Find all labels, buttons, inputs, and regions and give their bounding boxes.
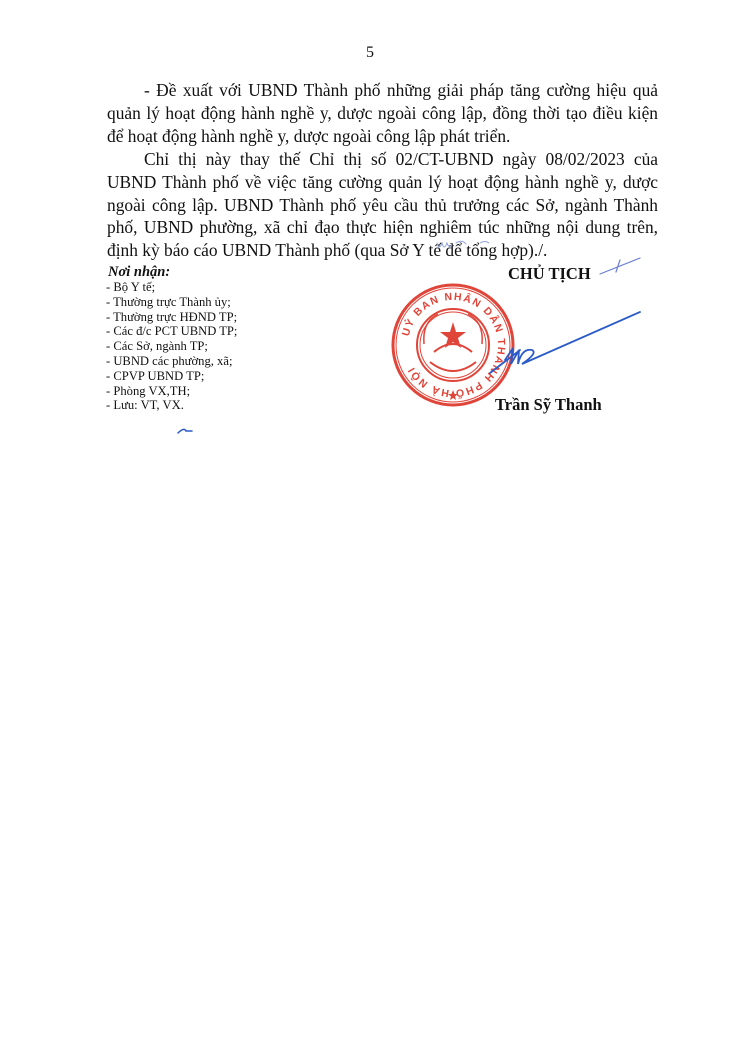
recipient-item: - UBND các phường, xã; xyxy=(106,354,237,369)
recipient-item: - Các Sở, ngành TP; xyxy=(106,339,237,354)
recipient-item: - Các đ/c PCT UBND TP; xyxy=(106,324,237,339)
paragraph-directive-replacement: Chỉ thị này thay thế Chỉ thị số 02/CT-UB… xyxy=(107,148,658,263)
recipient-item: - Phòng VX,TH; xyxy=(106,384,237,399)
recipient-item: - CPVP UBND TP; xyxy=(106,369,237,384)
official-seal-icon: UỶ BAN NHÂN DÂN THÀNH PHỐ HÀ NỘI xyxy=(390,282,516,408)
paragraph-proposal: - Đề xuất với UBND Thành phố những giải … xyxy=(107,79,658,148)
recipient-item: - Thường trực Thành ủy; xyxy=(106,295,237,310)
recipient-item: - Lưu: VT, VX. xyxy=(106,398,237,413)
page-number: 5 xyxy=(0,44,740,62)
signer-title: CHỦ TỊCH xyxy=(508,264,591,284)
recipients-block: Nơi nhận: - Bộ Y tế; - Thường trực Thành… xyxy=(106,264,237,413)
document-body: - Đề xuất với UBND Thành phố những giải … xyxy=(107,79,658,262)
recipients-title: Nơi nhận: xyxy=(108,264,237,280)
recipient-item: - Bộ Y tế; xyxy=(106,280,237,295)
signer-name: Trần Sỹ Thanh xyxy=(495,395,602,415)
recipient-item: - Thường trực HĐND TP; xyxy=(106,310,237,325)
